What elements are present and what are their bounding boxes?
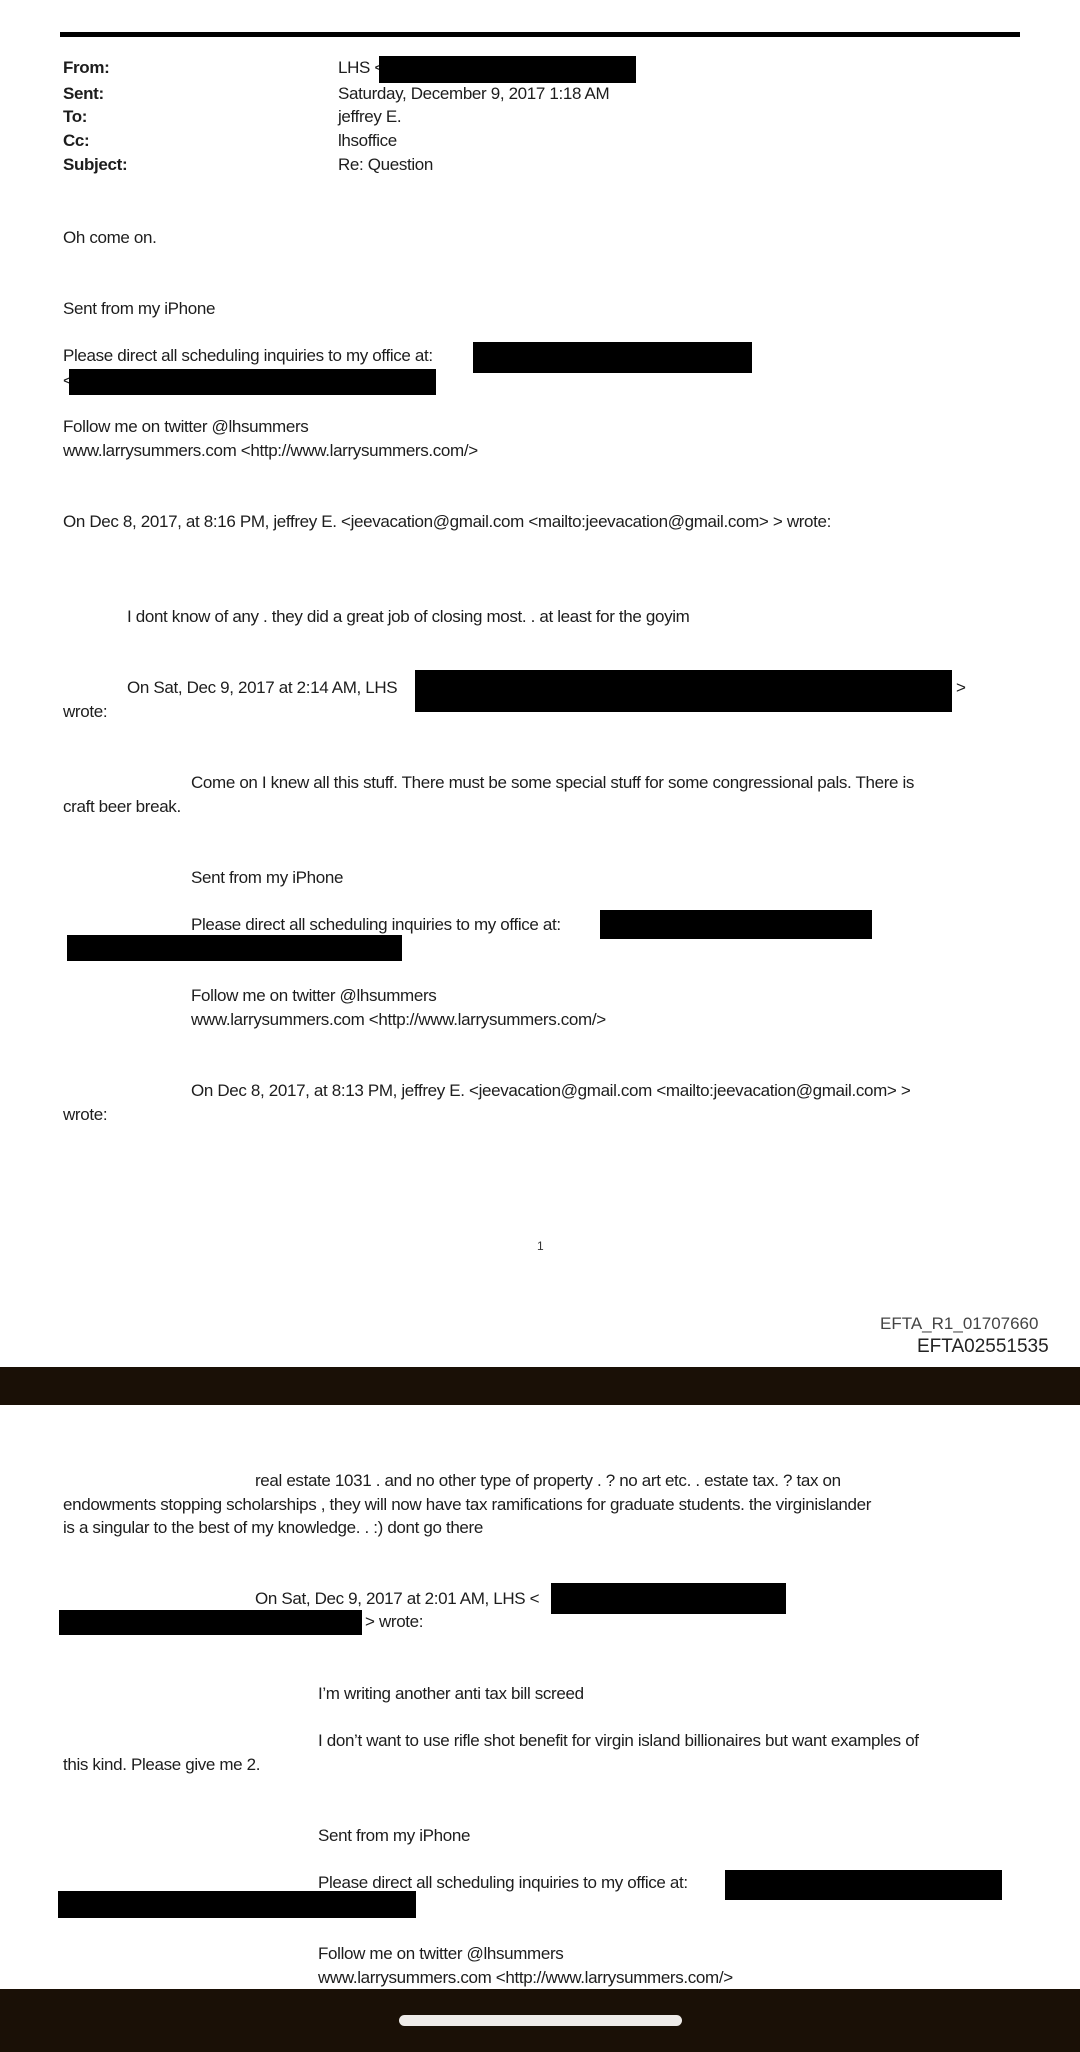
quote-wrote: wrote: — [63, 702, 107, 722]
subject-label: Subject: — [63, 155, 127, 175]
to-label: To: — [63, 107, 87, 127]
signature-twitter: Follow me on twitter @lhsummers — [191, 986, 436, 1006]
from-label: From: — [63, 58, 109, 78]
redaction-box — [415, 670, 952, 712]
redaction-box — [473, 342, 752, 373]
quote-body-line: I don’t want to use rifle shot benefit f… — [318, 1731, 919, 1751]
header-rule — [60, 32, 1020, 37]
quote-body-line: Come on I knew all this stuff. There mus… — [191, 773, 914, 793]
quote-header: On Dec 8, 2017, at 8:16 PM, jeffrey E. <… — [63, 512, 831, 532]
subject-value: Re: Question — [338, 155, 433, 175]
quote-header: On Sat, Dec 9, 2017 at 2:01 AM, LHS < — [255, 1589, 539, 1609]
sent-label: Sent: — [63, 84, 104, 104]
signature-scheduling: Please direct all scheduling inquiries t… — [63, 346, 433, 366]
sent-value: Saturday, December 9, 2017 1:18 AM — [338, 84, 609, 104]
quote-wrote: wrote: — [63, 1105, 107, 1125]
page-number: 1 — [537, 1236, 543, 1256]
bates-number-r1: EFTA_R1_01707660 — [880, 1314, 1038, 1334]
signature-website: www.larrysummers.com <http://www.larrysu… — [318, 1968, 733, 1988]
signature-twitter: Follow me on twitter @lhsummers — [63, 417, 308, 437]
quote-header: On Sat, Dec 9, 2017 at 2:14 AM, LHS — [127, 678, 397, 698]
to-value: jeffrey E. — [338, 107, 401, 127]
quote-wrote: > wrote: — [365, 1612, 423, 1632]
quote-body-line: I’m writing another anti tax bill screed — [318, 1684, 584, 1704]
cc-value: lhsoffice — [338, 131, 397, 151]
quote-body-line: this kind. Please give me 2. — [63, 1755, 260, 1775]
message-body-line: is a singular to the best of my knowledg… — [63, 1518, 483, 1538]
redaction-box — [379, 56, 636, 83]
signature-sent-from: Sent from my iPhone — [63, 299, 215, 319]
signature-scheduling: Please direct all scheduling inquiries t… — [318, 1873, 688, 1893]
message-body-line: real estate 1031 . and no other type of … — [255, 1471, 841, 1491]
quote-header: On Dec 8, 2017, at 8:13 PM, jeffrey E. <… — [191, 1081, 910, 1101]
message-body-line: endowments stopping scholarships , they … — [63, 1495, 871, 1515]
home-indicator[interactable] — [399, 2015, 682, 2026]
redaction-box — [59, 1610, 362, 1635]
redaction-box — [600, 910, 872, 939]
quote-body: I dont know of any . they did a great jo… — [127, 607, 690, 627]
bates-number: EFTA02551535 — [917, 1337, 1049, 1357]
redaction-box — [69, 369, 436, 395]
signature-scheduling: Please direct all scheduling inquiries t… — [191, 915, 561, 935]
message-body: Oh come on. — [63, 228, 156, 248]
signature-website: www.larrysummers.com <http://www.larrysu… — [191, 1010, 606, 1030]
signature-sent-from: Sent from my iPhone — [318, 1826, 470, 1846]
quote-header-gt: > — [956, 678, 966, 698]
redaction-box — [551, 1583, 786, 1614]
signature-twitter: Follow me on twitter @lhsummers — [318, 1944, 563, 1964]
from-value: LHS < — [338, 58, 384, 78]
redaction-box — [725, 1870, 1002, 1900]
quote-body-line: craft beer break. — [63, 797, 181, 817]
redaction-box — [58, 1891, 416, 1918]
page-separator — [0, 1367, 1080, 1405]
signature-sent-from: Sent from my iPhone — [191, 868, 343, 888]
cc-label: Cc: — [63, 131, 89, 151]
redaction-box — [67, 935, 402, 961]
signature-website: www.larrysummers.com <http://www.larrysu… — [63, 441, 478, 461]
